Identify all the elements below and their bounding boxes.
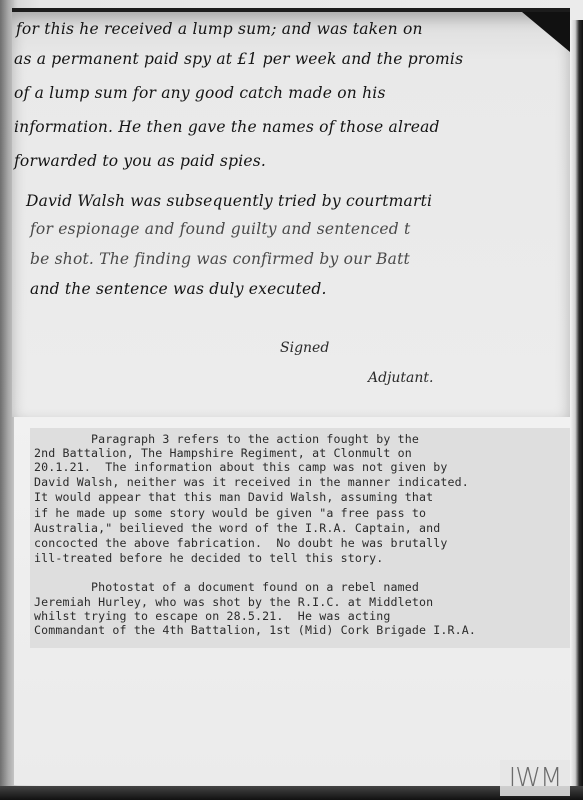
typed-line: 2nd Battalion, The Hampshire Regiment, a… [34, 446, 412, 460]
typed-line: Commandant of the 4th Battalion, 1st (Mi… [34, 623, 476, 637]
typed-line: It would appear that this man David Wals… [34, 490, 433, 504]
typed-line: whilst trying to escape on 28.5.21. He w… [34, 609, 391, 623]
typed-line: Paragraph 3 refers to the action fought … [34, 432, 419, 446]
typed-line: Jeremiah Hurley, who was shot by the R.I… [34, 595, 433, 609]
typed-line: Photostat of a document found on a rebel… [34, 580, 419, 594]
signatory-title: Adjutant. [368, 370, 434, 386]
handwritten-line: and the sentence was duly executed. [30, 280, 327, 298]
typed-line: ill-treated before he decided to tell th… [34, 551, 383, 565]
handwritten-line: of a lump sum for any good catch made on… [14, 84, 386, 102]
signed-label: Signed [280, 340, 329, 356]
photographed-document: for this he received a lump sum; and was… [0, 0, 583, 800]
bottom-page-edge [0, 786, 583, 800]
handwritten-line: as a permanent paid spy at £1 per week a… [14, 50, 463, 68]
handwritten-line: be shot. The finding was confirmed by ou… [30, 250, 410, 268]
handwritten-line: information. He then gave the names of t… [14, 118, 440, 136]
typed-line: concocted the above fabrication. No doub… [34, 536, 448, 550]
handwritten-line: David Walsh was subsequently tried by co… [26, 192, 432, 210]
iwm-watermark: IWM [500, 760, 570, 796]
typed-line: David Walsh, neither was it received in … [34, 475, 469, 489]
handwritten-line: for espionage and found guilty and sente… [30, 220, 410, 238]
typed-line: if he made up some story would be given … [34, 506, 426, 520]
right-page-edge [570, 20, 583, 800]
shadow-corner [510, 12, 570, 52]
handwritten-line: forwarded to you as paid spies. [14, 152, 266, 170]
typed-line: Australia," beilieved the word of the I.… [34, 521, 440, 535]
handwritten-line: for this he received a lump sum; and was… [16, 20, 423, 38]
typed-line: 20.1.21. The information about this camp… [34, 460, 448, 474]
